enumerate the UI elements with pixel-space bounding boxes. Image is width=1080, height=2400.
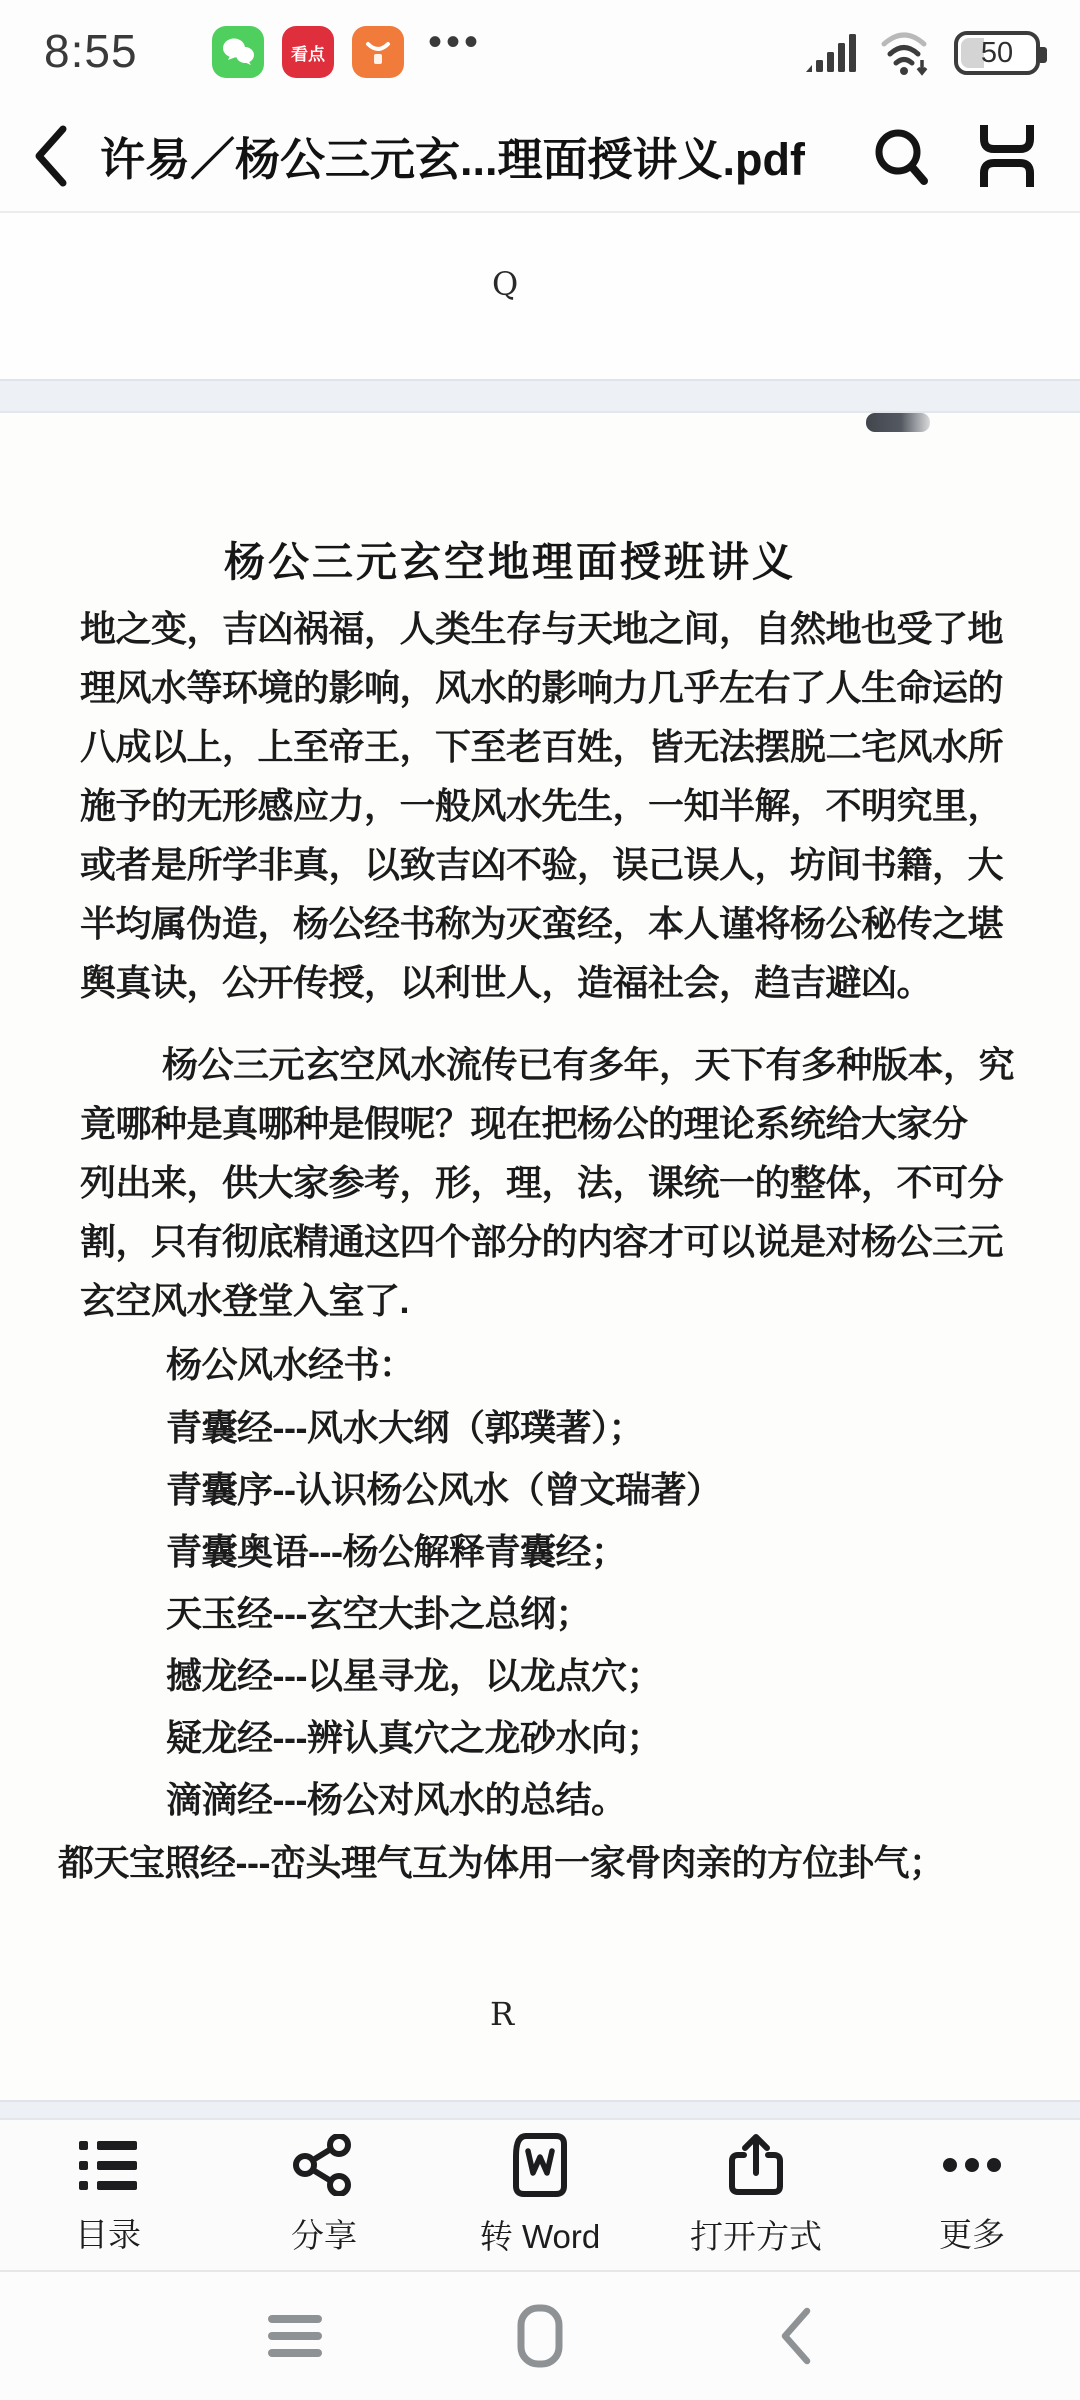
battery-percent: 50 <box>981 37 1013 70</box>
recents-button[interactable] <box>215 2272 375 2400</box>
text-line: 施予的无形感应力，一般风水先生，一知半解，不明究里， <box>80 776 1020 835</box>
status-bar: 8:55 看点 ••• <box>0 0 1080 100</box>
text-line: 或者是所学非真，以致吉凶不验，误己误人，坊间书籍，大 <box>80 835 1020 894</box>
book-list: 青囊经---风水大纲（郭璞著）； 青囊序--认识杨公风水（曾文瑞著） 青囊奥语-… <box>80 1397 1020 1831</box>
back-chevron-icon <box>31 125 69 187</box>
text-line: 竟哪种是真哪种是假呢？现在把杨公的理论系统给大家分 <box>80 1094 1020 1153</box>
book-item: 青囊奥语---杨公解释青囊经； <box>80 1521 1020 1583</box>
doc-heading: 杨公三元玄空地理面授班讲义 <box>0 529 1020 588</box>
system-nav-bar <box>0 2272 1080 2400</box>
open-with-button[interactable]: 打开方式 <box>681 2133 831 2258</box>
text-line: 都天宝照经---峦头理气互为体用一家骨肉亲的方位卦气； <box>58 1833 1020 1892</box>
book-item: 滴滴经---杨公对风水的总结。 <box>80 1769 1020 1831</box>
battery-icon: 50 <box>954 31 1040 75</box>
prev-page-letter: Q <box>492 265 518 303</box>
page-divider <box>0 379 1080 413</box>
paragraph-1: 地之变，吉凶祸福，人类生存与天地之间，自然地也受了地 理风水等环境的影响，风水的… <box>80 599 1020 1012</box>
notification-overflow-dots: ••• <box>428 20 482 65</box>
export-icon <box>727 2133 785 2197</box>
share-nodes-icon <box>292 2134 356 2196</box>
open-with-label: 打开方式 <box>690 2211 822 2258</box>
text-line: 八成以上，上至帝王，下至老百姓，皆无法摆脱二宅风水所 <box>80 717 1020 776</box>
text-line: 列出来，供大家参考，形，理，法，课统一的整体，不可分 <box>80 1153 1020 1212</box>
text-line: 玄空风水登堂入室了. <box>80 1271 1020 1330</box>
nav-back-button[interactable] <box>715 2272 875 2400</box>
text-line: 舆真诀，公开传授，以利世人，造福社会，趋吉避凶。 <box>80 953 1020 1012</box>
ellipsis-icon <box>939 2135 1005 2195</box>
phone-screen: 8:55 看点 ••• <box>0 0 1080 2400</box>
wifi-icon <box>878 30 936 76</box>
share-button[interactable]: 分享 <box>249 2134 399 2257</box>
text-line: 半均属伪造，杨公经书称为灭蛮经，本人谨将杨公秘传之堪 <box>80 894 1020 953</box>
status-bar-right: 50 <box>804 30 1040 76</box>
battery-nub <box>1040 47 1047 63</box>
kandian-label: 看点 <box>291 40 325 65</box>
text-line: 割，只有彻底精通这四个部分的内容才可以说是对杨公三元 <box>80 1212 1020 1271</box>
fit-screen-icon <box>976 123 1038 189</box>
pdf-previous-page: Q <box>0 213 1080 379</box>
text-line: 地之变，吉凶祸福，人类生存与天地之间，自然地也受了地 <box>80 599 1020 658</box>
title-bar: 许易／杨公三元玄...理面授讲义.pdf <box>0 100 1080 213</box>
text-line: 理风水等环境的影响，风水的影响力几乎左右了人生命运的 <box>80 658 1020 717</box>
list-icon <box>77 2135 139 2195</box>
search-button[interactable] <box>872 126 930 186</box>
page-divider <box>0 2100 1080 2120</box>
pdf-scroll-area[interactable]: Q 杨公三元玄空地理面授班讲义 地之变，吉凶祸福，人类生存与天地之间，自然地也受… <box>0 213 1080 2120</box>
taobao-icon <box>352 26 404 78</box>
signal-icon <box>804 32 860 74</box>
scan-artifact <box>866 413 930 432</box>
footer-paragraph: 都天宝照经---峦头理气互为体用一家骨肉亲的方位卦气； <box>80 1833 1020 1892</box>
page-letter: R <box>490 1995 514 2033</box>
nav-back-chevron-icon <box>779 2307 811 2365</box>
home-button[interactable] <box>460 2272 620 2400</box>
word-doc-icon <box>512 2133 568 2197</box>
search-icon <box>872 126 930 186</box>
book-list-heading: 杨公风水经书： <box>80 1335 1020 1394</box>
book-item: 青囊序--认识杨公风水（曾文瑞著） <box>80 1459 1020 1521</box>
recents-icon <box>266 2313 324 2359</box>
toc-label: 目录 <box>75 2209 141 2256</box>
more-label: 更多 <box>939 2209 1005 2256</box>
share-label: 分享 <box>291 2210 357 2257</box>
kandian-icon: 看点 <box>282 26 334 78</box>
book-item: 青囊经---风水大纲（郭璞著）； <box>80 1397 1020 1459</box>
toc-button[interactable]: 目录 <box>33 2135 183 2256</box>
book-item: 疑龙经---辨认真穴之龙砂水向； <box>80 1707 1020 1769</box>
fit-screen-button[interactable] <box>976 123 1038 189</box>
text-line: 杨公风水经书： <box>80 1335 1020 1394</box>
document-title: 许易／杨公三元玄...理面授讲义.pdf <box>100 123 805 188</box>
to-word-label: 转 Word <box>480 2211 600 2258</box>
paragraph-2: 杨公三元玄空风水流传已有多年，天下有多种版本，究 竟哪种是真哪种是假呢？现在把杨… <box>80 1035 1020 1330</box>
text-line: 杨公三元玄空风水流传已有多年，天下有多种版本，究 <box>80 1035 1020 1094</box>
clock: 8:55 <box>44 24 138 78</box>
back-button[interactable] <box>0 100 100 211</box>
book-item: 天玉经---玄空大卦之总纲； <box>80 1583 1020 1645</box>
home-icon <box>517 2304 563 2368</box>
pdf-page: 杨公三元玄空地理面授班讲义 地之变，吉凶祸福，人类生存与天地之间，自然地也受了地… <box>0 413 1080 2100</box>
to-word-button[interactable]: 转 Word <box>465 2133 615 2258</box>
bottom-toolbar: 目录 分享 转 Word 打开方式 <box>0 2120 1080 2272</box>
more-button[interactable]: 更多 <box>897 2135 1047 2256</box>
book-item: 撼龙经---以星寻龙，以龙点穴； <box>80 1645 1020 1707</box>
wechat-icon <box>212 26 264 78</box>
